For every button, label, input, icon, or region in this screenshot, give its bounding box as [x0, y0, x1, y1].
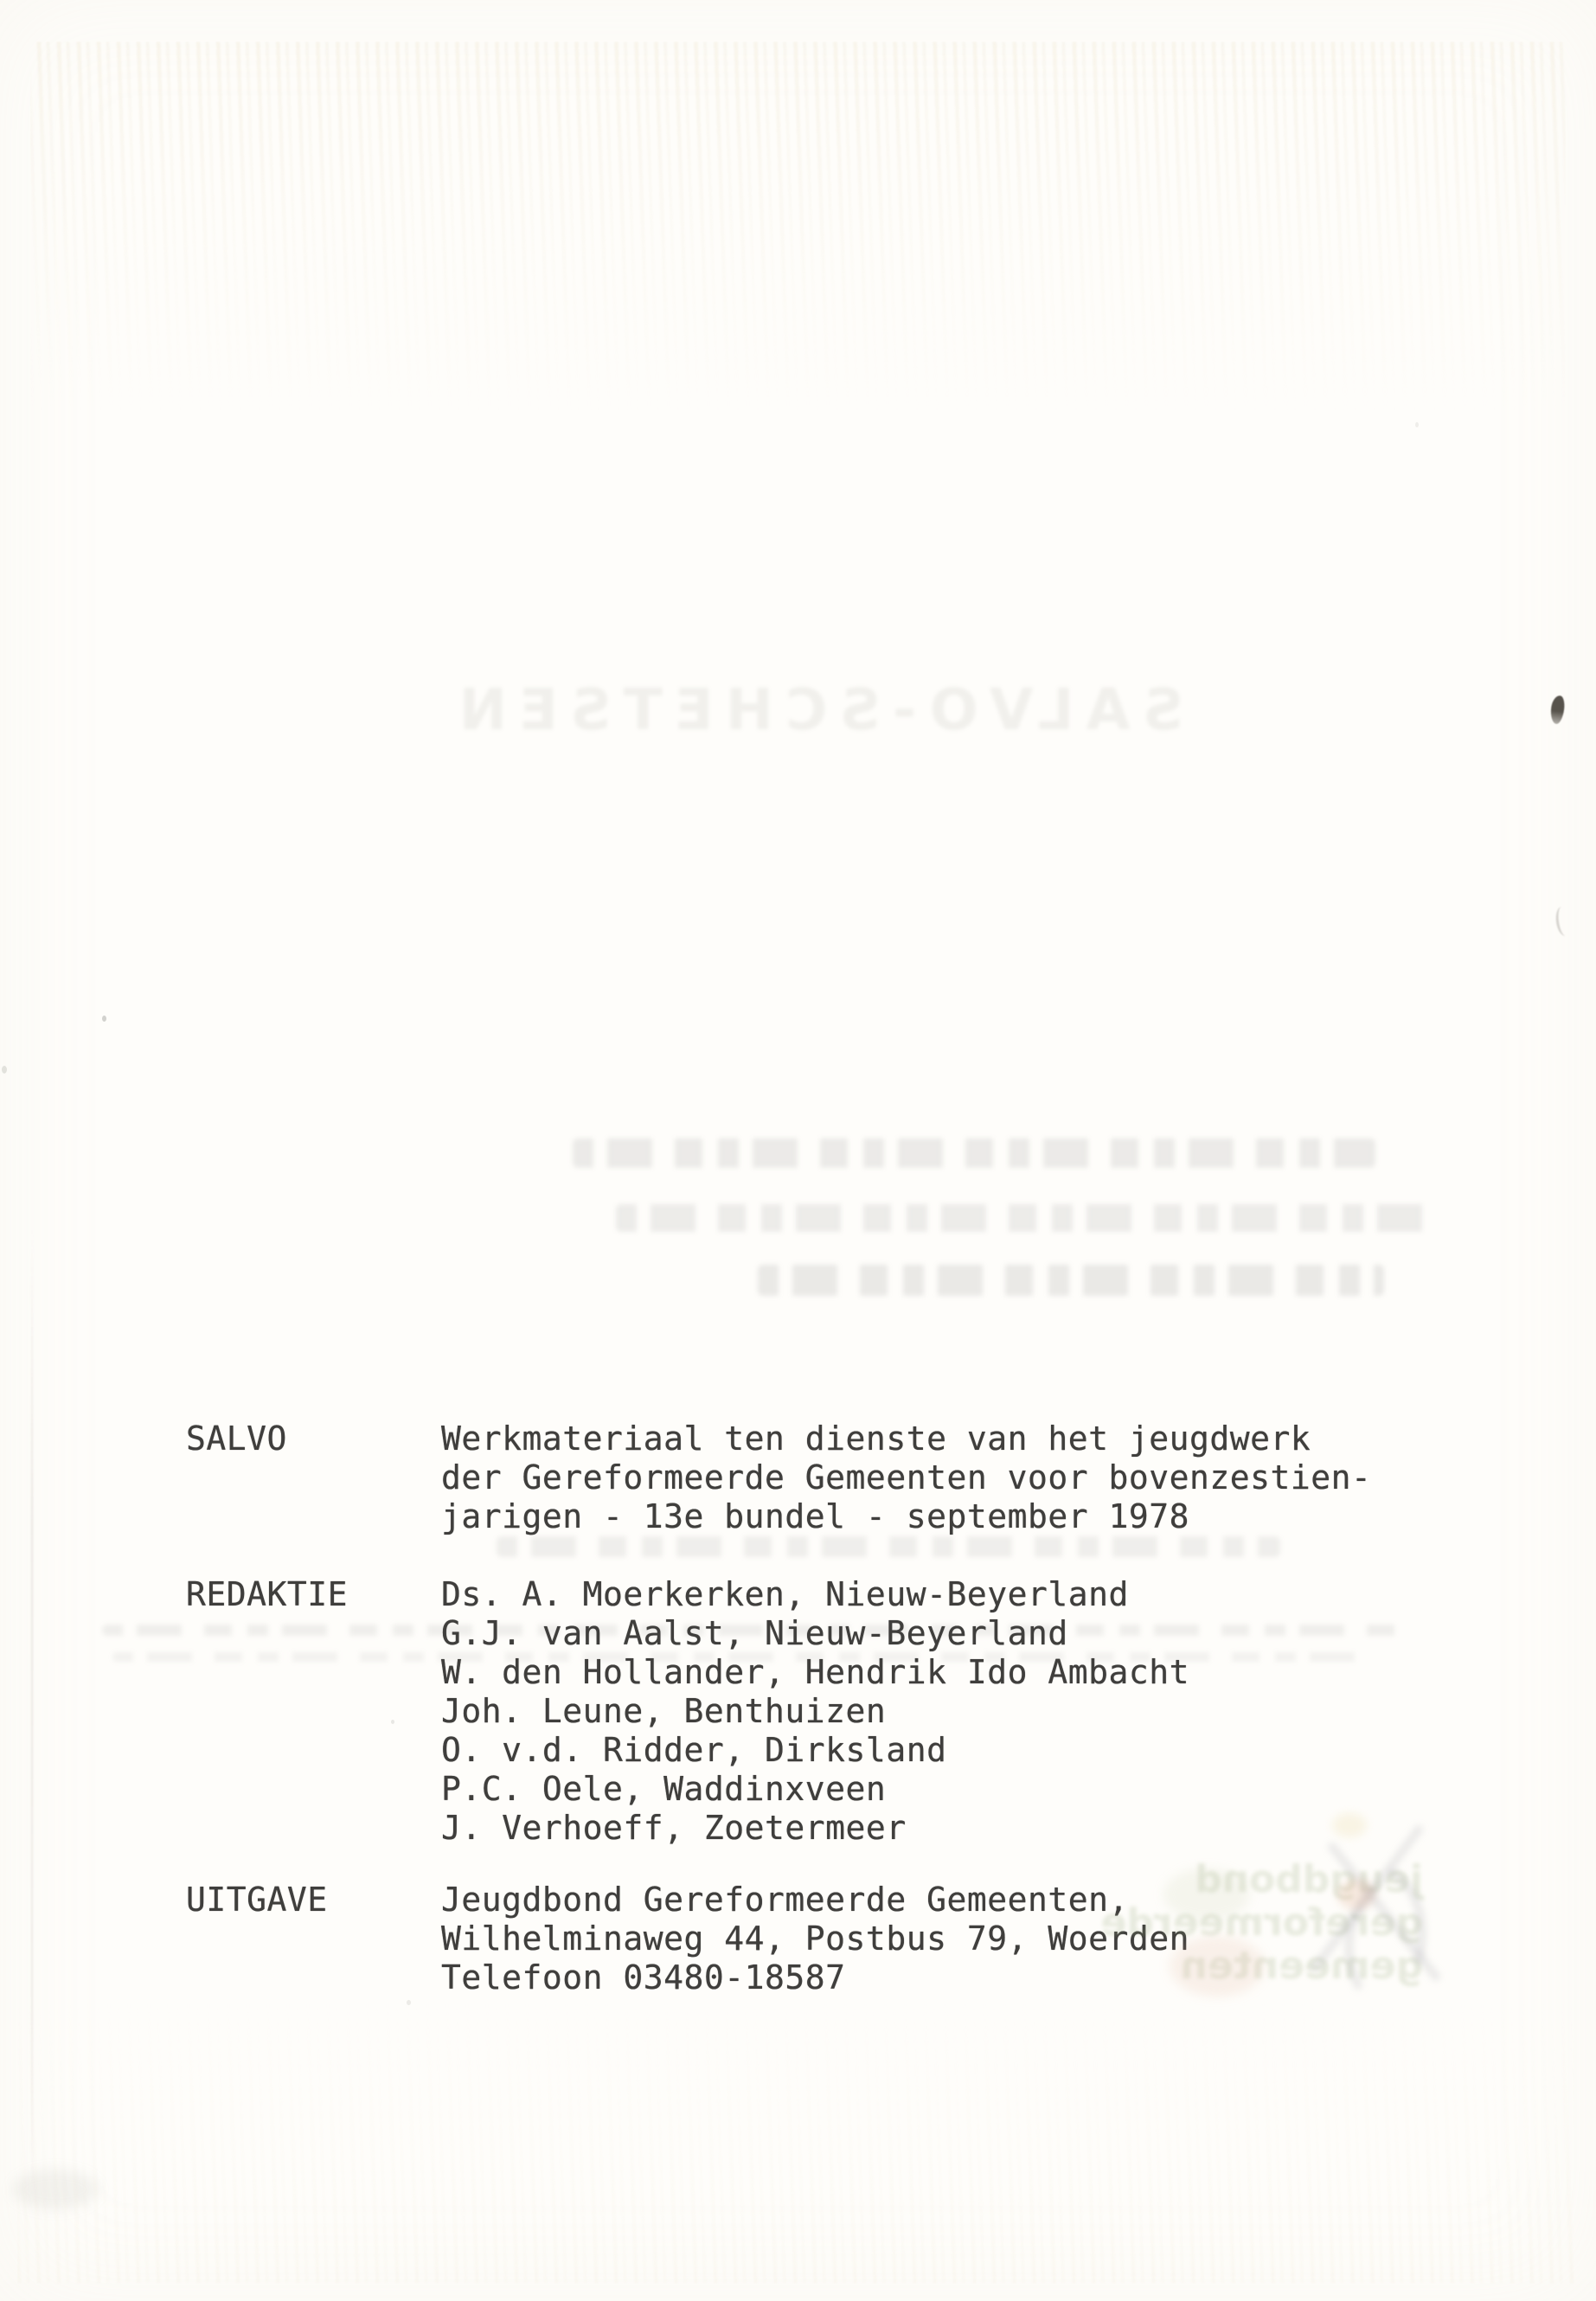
section-line: Jeugdbond Gereformeerde Gemeenten,	[441, 1881, 1189, 1920]
section-text: Ds. A. Moerkerken, Nieuw-Beyerland G.J. …	[441, 1575, 1189, 1848]
showthrough-line-ghost	[497, 1536, 1280, 1557]
section-line: Wilhelminaweg 44, Postbus 79, Woerden	[441, 1920, 1189, 1958]
dust-speck	[391, 1720, 394, 1724]
section-line: Joh. Leune, Benthuizen	[441, 1692, 1189, 1731]
section-label: SALVO	[186, 1420, 441, 1458]
paper-texture-bottom	[17, 1998, 1574, 2284]
showthrough-line-ghost	[573, 1138, 1375, 1168]
showthrough-blob	[1170, 1936, 1265, 1997]
illustration-ghost	[1289, 1795, 1488, 2020]
section-uitgave: UITGAVE Jeugdbond Gereformeerde Gemeente…	[186, 1881, 1189, 1997]
section-line: jarigen - 13e bundel - september 1978	[441, 1497, 1371, 1536]
corner-smudge	[12, 2170, 99, 2209]
section-line: J. Verhoeff, Zoetermeer	[441, 1809, 1189, 1848]
section-line: P.C. Oele, Waddinxveen	[441, 1770, 1189, 1809]
dust-speck	[2, 1066, 7, 1074]
page-edge-shadow	[31, 1228, 33, 2206]
dust-speck	[102, 1016, 106, 1022]
section-line: W. den Hollander, Hendrik Ido Ambacht	[441, 1653, 1189, 1692]
section-line: der Gereformeerde Gemeenten voor bovenze…	[441, 1458, 1371, 1497]
section-redaktie: REDAKTIE Ds. A. Moerkerken, Nieuw-Beyerl…	[186, 1575, 1189, 1848]
section-label: REDAKTIE	[186, 1575, 441, 1614]
section-line: Telefoon 03480-18587	[441, 1958, 1189, 1997]
showthrough-line-ghost	[616, 1204, 1432, 1232]
section-line: G.J. van Aalst, Nieuw-Beyerland	[441, 1614, 1189, 1653]
dust-speck	[407, 2000, 411, 2005]
section-salvo: SALVO Werkmateriaal ten dienste van het …	[186, 1420, 1371, 1536]
title-showthrough-ghost: SALVO-SCHETSEN	[324, 676, 1306, 739]
showthrough-blob	[1163, 1868, 1250, 1920]
section-line: Werkmateriaal ten dienste van het jeugdw…	[441, 1420, 1371, 1458]
section-label: UITGAVE	[186, 1881, 441, 1920]
section-text: Jeugdbond Gereformeerde Gemeenten, Wilhe…	[441, 1881, 1189, 1997]
scanned-colophon-page: SALVO-SCHETSEN SALVO Werkmateriaal ten d…	[0, 0, 1596, 2301]
paper-texture-top	[30, 42, 1566, 413]
showthrough-line-ghost	[758, 1265, 1384, 1296]
dust-speck	[1415, 422, 1419, 427]
section-text: Werkmateriaal ten dienste van het jeugdw…	[441, 1420, 1371, 1536]
section-line: Ds. A. Moerkerken, Nieuw-Beyerland	[441, 1575, 1189, 1614]
section-line: O. v.d. Ridder, Dirksland	[441, 1731, 1189, 1770]
